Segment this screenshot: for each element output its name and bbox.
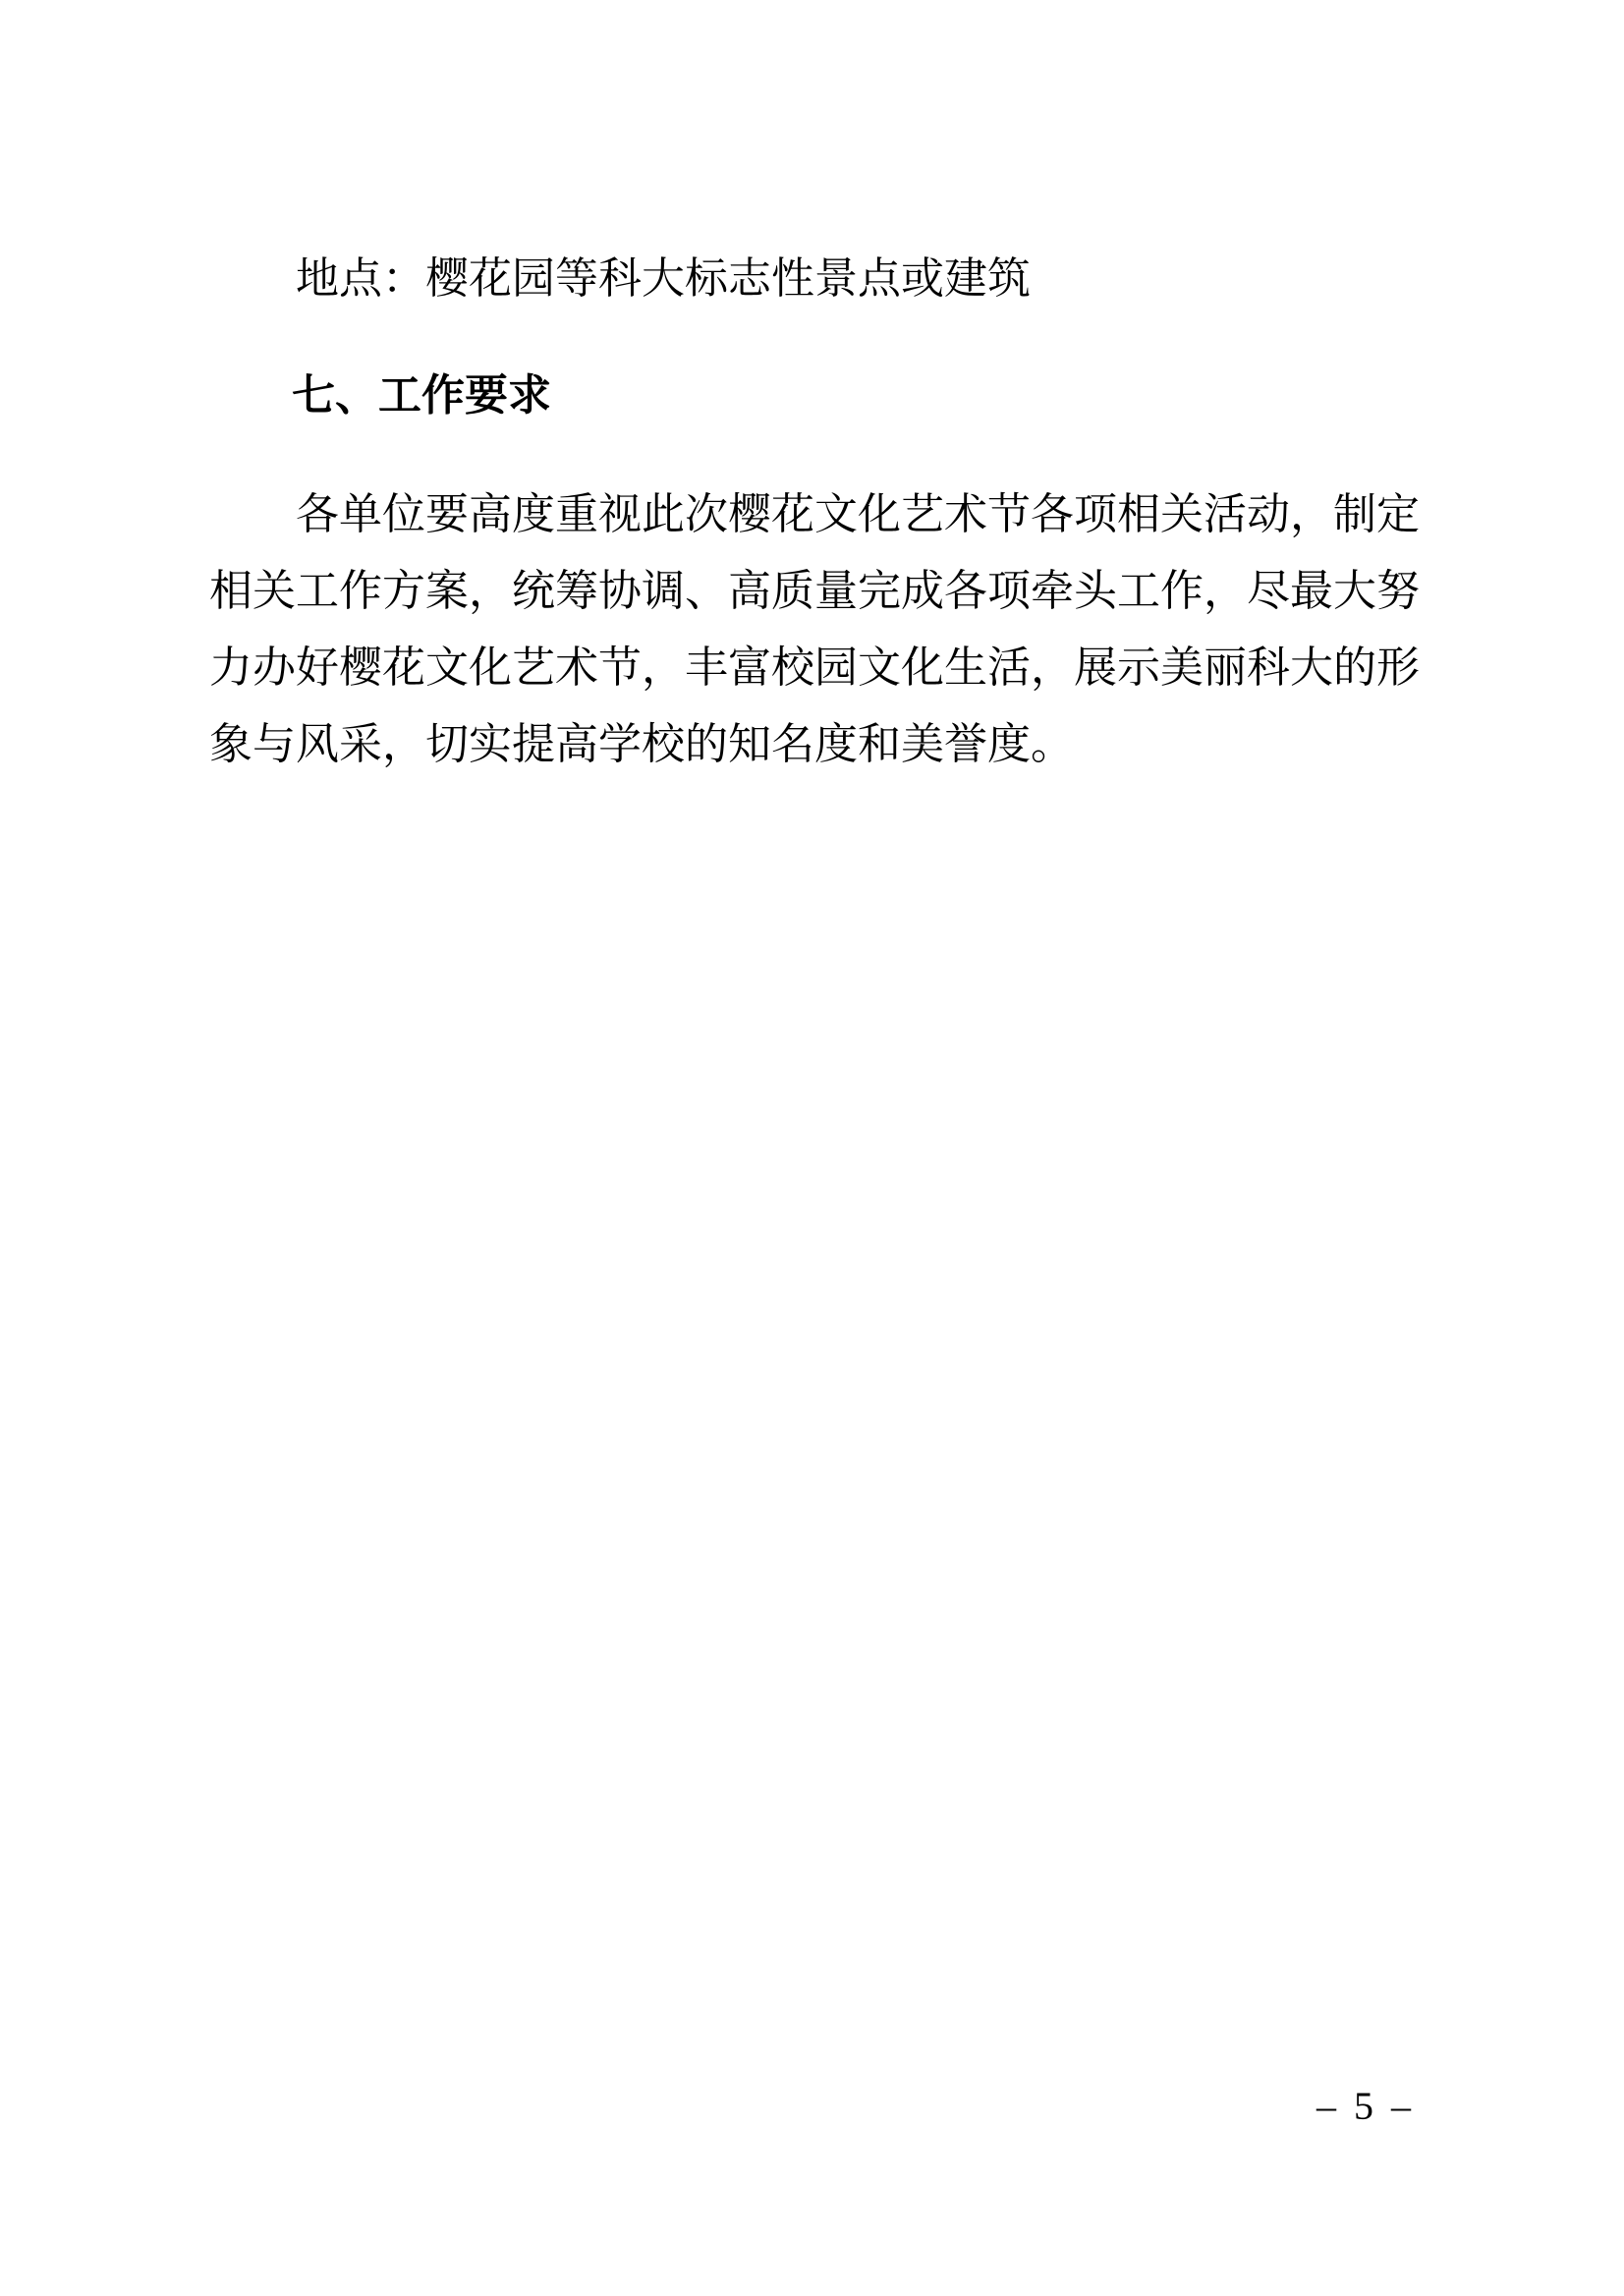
document-page: 地点：樱花园等科大标志性景点或建筑 七、工作要求 各单位要高度重视此次樱花文化艺… xyxy=(0,0,1624,2296)
paragraph-line: 力办好樱花文化艺术节，丰富校园文化生活，展示美丽科大的形 xyxy=(209,630,1420,706)
location-line: 地点：樱花园等科大标志性景点或建筑 xyxy=(296,256,1031,302)
paragraph-line: 相关工作方案，统筹协调、高质量完成各项牵头工作，尽最大努 xyxy=(209,553,1420,630)
section-heading: 七、工作要求 xyxy=(292,372,551,420)
paragraph-line: 象与风采，切实提高学校的知名度和美誉度。 xyxy=(209,706,1420,783)
body-paragraph: 各单位要高度重视此次樱花文化艺术节各项相关活动，制定 相关工作方案，统筹协调、高… xyxy=(209,476,1420,783)
page-number: – 5 – xyxy=(1307,2085,1425,2128)
paragraph-line: 各单位要高度重视此次樱花文化艺术节各项相关活动，制定 xyxy=(209,476,1420,553)
